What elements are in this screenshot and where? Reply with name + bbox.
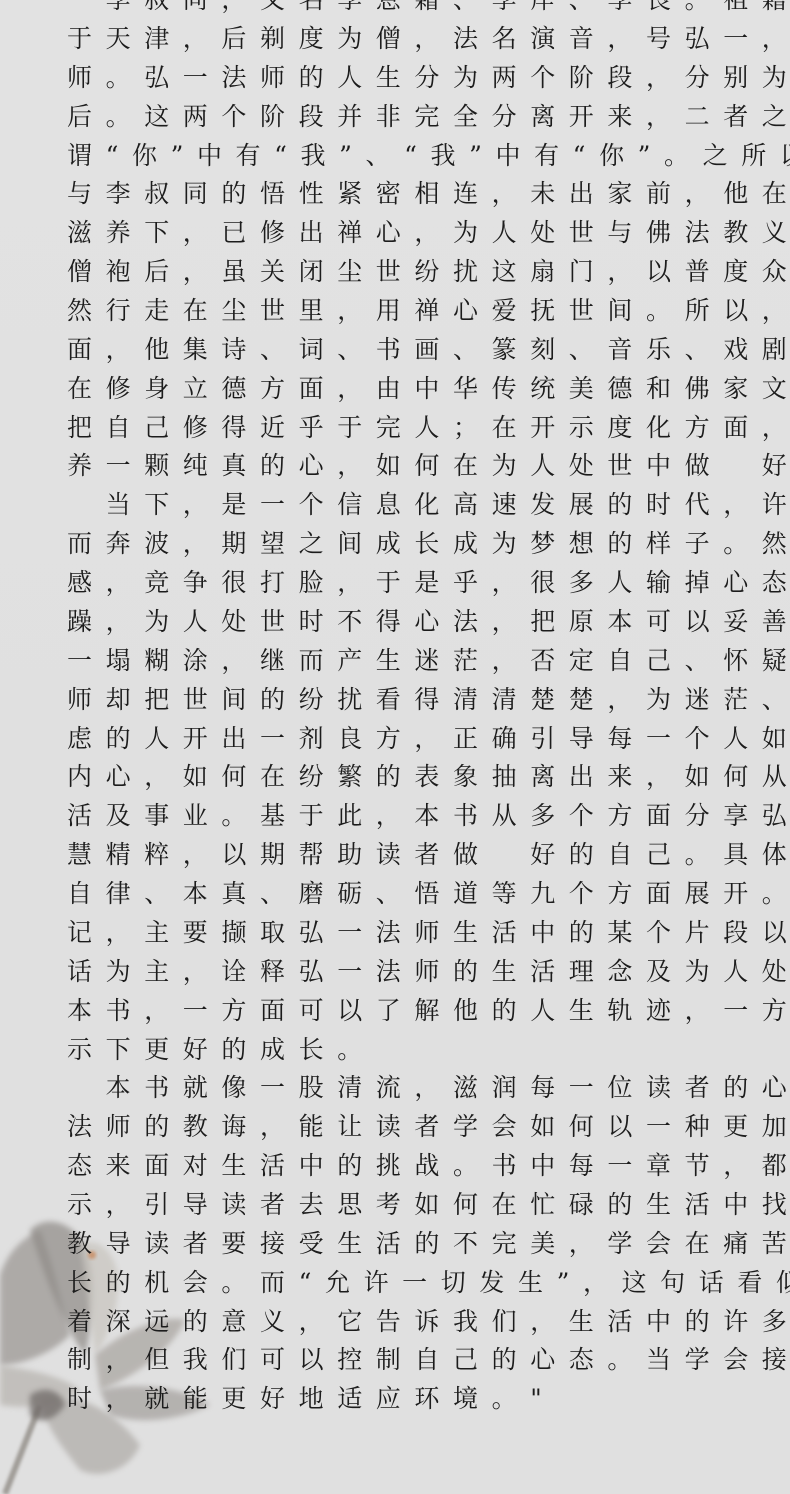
- paragraph-3-line: 法师的教诲，能让读者学会如何以一种更加宽容和开放的心: [67, 1108, 790, 1146]
- paragraph-3-line: 制，但我们可以控制自己的心态。当学会接受而不是抗拒: [67, 1341, 790, 1379]
- book-description-page: 李叔同，又名李息霜、李岸、李良。祖籍浙江平湖，生 于天津，后剃度为僧，法名演音，…: [0, 0, 790, 1494]
- paragraph-3-line: 态来面对生活中的挑战。书中每一章节，都充满智慧和启: [67, 1147, 790, 1185]
- paragraph-1-line: 面，他集诗、词、书画、篆刻、音乐、戏剧、文学于一身；: [67, 331, 790, 369]
- paragraph-2-line: 当下，是一个信息化高速发展的时代，许多人在为梦想: [106, 486, 790, 524]
- paragraph-3-line: 着深远的意义，它告诉我们，生活中的许多事情我们无法控: [67, 1303, 790, 1341]
- paragraph-2-line: 本书，一方面可以了解他的人生轨迹，一方面可以在他的启: [67, 992, 790, 1030]
- paragraph-1-line: 谓“你”中有“我”、“我”中有“你”。之所以这样说，: [67, 137, 790, 175]
- paragraph-1-line: 僧袍后，虽关闭尘世纷扰这扇门，以普度众生为己任，但依: [67, 253, 790, 291]
- paragraph-2-line: 话为主，诠释弘一法师的生活理念及为人处世的态度。阅读: [67, 953, 790, 991]
- paragraph-1-line: 师。弘一法师的人生分为两个阶段，分别为出家前和出家: [67, 59, 790, 97]
- paragraph-3-line: 时，就能更好地适应环境。": [67, 1380, 555, 1418]
- paragraph-3-line: 教导读者要接受生活的不完美，学会在痛苦和困难中发现成: [67, 1225, 790, 1263]
- paragraph-1-line: 然行走在尘世里，用禅心爱抚世间。所以，在文化艺术方: [67, 292, 790, 330]
- paragraph-2-line: 感，竞争很打脸，于是乎，很多人输掉心态，他们过于浮: [67, 564, 790, 602]
- paragraph-2-line: 虑的人开出一剂良方，正确引导每一个人如何照顾好自己的: [67, 720, 790, 758]
- paragraph-3-line: 本书就像一股清流，滋润每一位读者的心田，通过弘一: [106, 1069, 790, 1107]
- paragraph-2-line: 躁，为人处世时不得心法，把原本可以妥善处理的事情办得: [67, 603, 790, 641]
- paragraph-2-line: 活及事业。基于此，本书从多个方面分享弘一法师的人生智: [67, 797, 790, 835]
- paragraph-1-line: 李叔同，又名李息霜、李岸、李良。祖籍浙江平湖，生: [106, 0, 790, 19]
- paragraph-1-line: 于天津，后剃度为僧，法名演音，号弘一，后人尊称弘一法: [67, 20, 790, 58]
- paragraph-1-line: 在修身立德方面，由中华传统美德和佛家文化的加持下，他: [67, 370, 790, 408]
- paragraph-2-line: 师却把世间的纷扰看得清清楚楚，为迷茫、浮躁、纠结、焦: [67, 681, 790, 719]
- paragraph-2-line: 记，主要撷取弘一法师生活中的某个片段以及他说过的某句: [67, 914, 790, 952]
- paragraph-2-line: 自律、本真、磨砺、悟道等九个方面展开。不过，它不是传: [67, 875, 790, 913]
- paragraph-1-line: 养一颗纯真的心，如何在为人处世中做 好的自己。: [67, 447, 790, 485]
- paragraph-1-line: 后。这两个阶段并非完全分离开来，二者之间相互交融，可: [67, 98, 790, 136]
- body-text: 李叔同，又名李息霜、李岸、李良。祖籍浙江平湖，生 于天津，后剃度为僧，法名演音，…: [67, 0, 737, 1494]
- paragraph-1-line: 与李叔同的悟性紧密相连，未出家前，他在中国传统文化的: [67, 175, 790, 213]
- paragraph-2-line: 内心，如何在纷繁的表象抽离出来，如何从容应对工作、生: [67, 758, 790, 796]
- paragraph-2-line: 一塌糊涂，继而产生迷茫，否定自己、怀疑自己。而弘一法: [67, 642, 790, 680]
- paragraph-2-line: 而奔波，期望之间成长成为梦想的样子。然而，现实很骨: [67, 525, 790, 563]
- paragraph-2-line: 示下更好的成长。: [67, 1031, 376, 1069]
- paragraph-2-line: 慧精粹，以期帮助读者做 好的自己。具体来说，从淡然、: [67, 836, 790, 874]
- paragraph-1-line: 滋养下，已修出禅心，为人处世与佛法教义一脉相承；穿上: [67, 214, 790, 252]
- paragraph-3-line: 示，引导读者去思考如何在忙碌的生活中找到内心的宁静，: [67, 1186, 790, 1224]
- paragraph-3-line: 长的机会。而“允许一切发生”，这句话看似简单，却蕴含: [67, 1264, 790, 1302]
- paragraph-1-line: 把自己修得近乎于完人；在开示度化方面，他教导人们如何: [67, 409, 790, 447]
